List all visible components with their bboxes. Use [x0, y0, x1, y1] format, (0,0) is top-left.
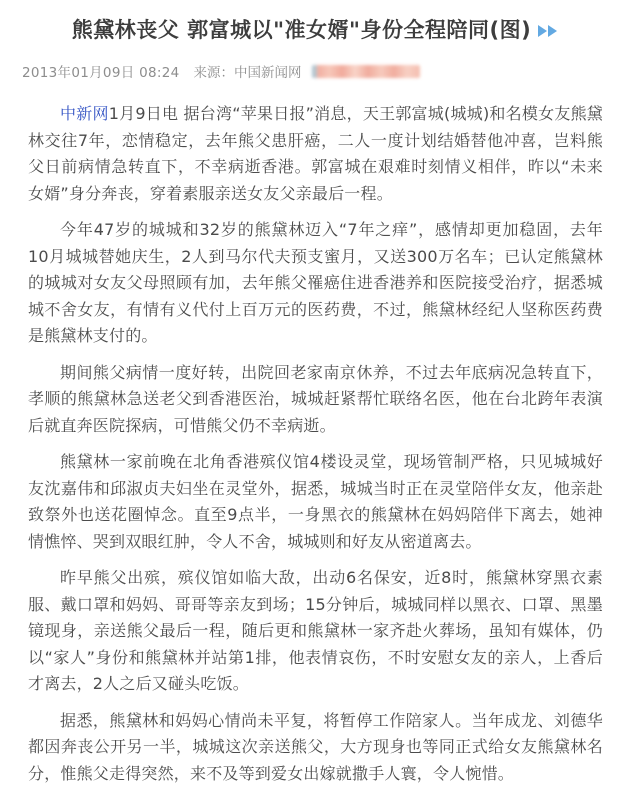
article-body: 中新网1月9日电 据台湾“苹果日报”消息，天王郭富城(城城)和名模女友熊黛林交往…	[28, 101, 603, 787]
paragraph-3: 期间熊父病情一度好转，出院回老家南京休养，不过去年底病况急转直下，孝顺的熊黛林急…	[28, 360, 603, 440]
paragraph-6: 据悉，熊黛林和妈妈心情尚未平复，将暂停工作陪家人。当年成龙、刘德华都因奔丧公开另…	[28, 708, 603, 788]
publish-date: 2013年01月09日 08:24	[22, 61, 180, 81]
article-meta: 2013年01月09日 08:24 来源：中国新闻网	[22, 61, 603, 81]
page-title: 熊黛林丧父 郭富城以"准女婿"身份全程陪同(图)	[72, 18, 531, 42]
source-label: 来源：中国新闻网	[194, 61, 302, 81]
zhongxinwang-link[interactable]: 中新网	[60, 104, 109, 123]
paragraph-1-text: 1月9日电 据台湾“苹果日报”消息，天王郭富城(城城)和名模女友熊黛林交往7年，…	[28, 104, 603, 203]
paragraph-4: 熊黛林一家前晚在北角香港殡仪馆4楼设灵堂，现场管制严格，只见城城好友沈嘉伟和邱淑…	[28, 449, 603, 555]
paragraph-5: 昨早熊父出殡，殡仪馆如临大敌，出动6名保安，近8时，熊黛林穿黑衣素服、戴口罩和妈…	[28, 565, 603, 698]
title-row: 熊黛林丧父 郭富城以"准女婿"身份全程陪同(图)	[28, 10, 603, 44]
blurred-source-badge	[312, 65, 420, 78]
paragraph-1: 中新网1月9日电 据台湾“苹果日报”消息，天王郭富城(城城)和名模女友熊黛林交往…	[28, 101, 603, 207]
double-chevron-right-icon[interactable]	[537, 23, 559, 42]
paragraph-2: 今年47岁的城城和32岁的熊黛林迈入“7年之痒”，感情却更加稳固，去年10月城城…	[28, 217, 603, 350]
article-page: 熊黛林丧父 郭富城以"准女婿"身份全程陪同(图) 2013年01月09日 08:…	[0, 0, 630, 789]
